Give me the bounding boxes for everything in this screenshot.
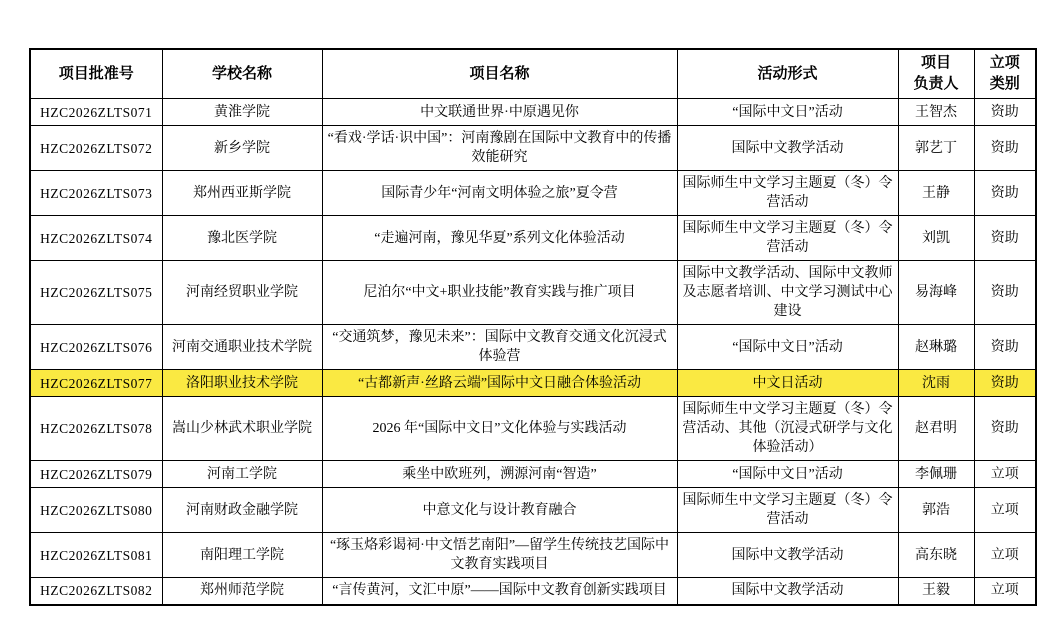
cell-id: HZC2026ZLTS073 — [30, 171, 162, 216]
cell-activity: 国际师生中文学习主题夏（冬）令营活动 — [677, 488, 898, 533]
cell-leader: 高东晓 — [898, 533, 974, 578]
table-row: HZC2026ZLTS082郑州师范学院“言传黄河，文汇中原”——国际中文教育创… — [30, 578, 1036, 605]
table-row: HZC2026ZLTS071黄淮学院中文联通世界·中原遇见你“国际中文日”活动王… — [30, 99, 1036, 126]
project-approval-table: 项目批准号学校名称项目名称活动形式项目 负责人立项 类别 HZC2026ZLTS… — [29, 48, 1037, 606]
cell-name: 2026 年“国际中文日”文化体验与实践活动 — [322, 397, 677, 461]
cell-name: “走遍河南，豫见华夏”系列文化体验活动 — [322, 216, 677, 261]
cell-id: HZC2026ZLTS076 — [30, 325, 162, 370]
cell-leader: 王智杰 — [898, 99, 974, 126]
cell-name: 尼泊尔“中文+职业技能”教育实践与推广项目 — [322, 261, 677, 325]
cell-category: 资助 — [974, 370, 1036, 397]
cell-leader: 刘凯 — [898, 216, 974, 261]
cell-activity: “国际中文日”活动 — [677, 461, 898, 488]
cell-leader: 李佩珊 — [898, 461, 974, 488]
cell-activity: 国际中文教学活动、国际中文教师及志愿者培训、中文学习测试中心建设 — [677, 261, 898, 325]
cell-school: 郑州西亚斯学院 — [162, 171, 322, 216]
cell-id: HZC2026ZLTS074 — [30, 216, 162, 261]
cell-category: 立项 — [974, 578, 1036, 605]
cell-school: 河南经贸职业学院 — [162, 261, 322, 325]
cell-category: 立项 — [974, 488, 1036, 533]
cell-leader: 郭浩 — [898, 488, 974, 533]
cell-name: 国际青少年“河南文明体验之旅”夏令营 — [322, 171, 677, 216]
cell-id: HZC2026ZLTS079 — [30, 461, 162, 488]
cell-school: 河南财政金融学院 — [162, 488, 322, 533]
cell-leader: 赵琳璐 — [898, 325, 974, 370]
cell-activity: 国际师生中文学习主题夏（冬）令营活动、其他（沉浸式研学与文化体验活动） — [677, 397, 898, 461]
cell-school: 南阳理工学院 — [162, 533, 322, 578]
cell-category: 资助 — [974, 171, 1036, 216]
table-row: HZC2026ZLTS073郑州西亚斯学院国际青少年“河南文明体验之旅”夏令营国… — [30, 171, 1036, 216]
column-header-category: 立项 类别 — [974, 49, 1036, 99]
cell-id: HZC2026ZLTS077 — [30, 370, 162, 397]
table-row: HZC2026ZLTS072新乡学院“看戏·学话·识中国”：河南豫剧在国际中文教… — [30, 126, 1036, 171]
column-header-activity: 活动形式 — [677, 49, 898, 99]
cell-id: HZC2026ZLTS071 — [30, 99, 162, 126]
cell-activity: “国际中文日”活动 — [677, 99, 898, 126]
cell-activity: 国际中文教学活动 — [677, 126, 898, 171]
cell-school: 洛阳职业技术学院 — [162, 370, 322, 397]
cell-name: 中文联通世界·中原遇见你 — [322, 99, 677, 126]
cell-leader: 沈雨 — [898, 370, 974, 397]
cell-leader: 王静 — [898, 171, 974, 216]
cell-id: HZC2026ZLTS075 — [30, 261, 162, 325]
cell-category: 立项 — [974, 533, 1036, 578]
cell-id: HZC2026ZLTS081 — [30, 533, 162, 578]
cell-activity: 国际中文教学活动 — [677, 533, 898, 578]
table-body: HZC2026ZLTS071黄淮学院中文联通世界·中原遇见你“国际中文日”活动王… — [30, 99, 1036, 605]
cell-name: “古都新声·丝路云端”国际中文日融合体验活动 — [322, 370, 677, 397]
cell-category: 资助 — [974, 99, 1036, 126]
cell-name: 乘坐中欧班列，溯源河南“智造” — [322, 461, 677, 488]
cell-activity: 中文日活动 — [677, 370, 898, 397]
cell-id: HZC2026ZLTS080 — [30, 488, 162, 533]
cell-name: “交通筑梦，豫见未来”：国际中文教育交通文化沉浸式体验营 — [322, 325, 677, 370]
cell-name: “言传黄河，文汇中原”——国际中文教育创新实践项目 — [322, 578, 677, 605]
table-header: 项目批准号学校名称项目名称活动形式项目 负责人立项 类别 — [30, 49, 1036, 99]
cell-category: 资助 — [974, 397, 1036, 461]
cell-school: 郑州师范学院 — [162, 578, 322, 605]
cell-school: 黄淮学院 — [162, 99, 322, 126]
cell-name: “琢玉烙彩谒祠·中文悟艺南阳”—留学生传统技艺国际中文教育实践项目 — [322, 533, 677, 578]
cell-name: 中意文化与设计教育融合 — [322, 488, 677, 533]
cell-leader: 赵君明 — [898, 397, 974, 461]
cell-category: 资助 — [974, 261, 1036, 325]
cell-activity: 国际中文教学活动 — [677, 578, 898, 605]
cell-activity: 国际师生中文学习主题夏（冬）令营活动 — [677, 171, 898, 216]
cell-category: 资助 — [974, 325, 1036, 370]
table-row: HZC2026ZLTS078嵩山少林武术职业学院2026 年“国际中文日”文化体… — [30, 397, 1036, 461]
cell-id: HZC2026ZLTS078 — [30, 397, 162, 461]
cell-school: 嵩山少林武术职业学院 — [162, 397, 322, 461]
cell-category: 资助 — [974, 126, 1036, 171]
cell-leader: 王毅 — [898, 578, 974, 605]
cell-category: 立项 — [974, 461, 1036, 488]
table-row: HZC2026ZLTS076河南交通职业技术学院“交通筑梦，豫见未来”：国际中文… — [30, 325, 1036, 370]
table-row: HZC2026ZLTS079河南工学院乘坐中欧班列，溯源河南“智造”“国际中文日… — [30, 461, 1036, 488]
table-row: HZC2026ZLTS075河南经贸职业学院尼泊尔“中文+职业技能”教育实践与推… — [30, 261, 1036, 325]
cell-name: “看戏·学话·识中国”：河南豫剧在国际中文教育中的传播效能研究 — [322, 126, 677, 171]
cell-activity: 国际师生中文学习主题夏（冬）令营活动 — [677, 216, 898, 261]
table-row: HZC2026ZLTS080河南财政金融学院中意文化与设计教育融合国际师生中文学… — [30, 488, 1036, 533]
cell-leader: 易海峰 — [898, 261, 974, 325]
cell-activity: “国际中文日”活动 — [677, 325, 898, 370]
column-header-leader: 项目 负责人 — [898, 49, 974, 99]
document-page: 项目批准号学校名称项目名称活动形式项目 负责人立项 类别 HZC2026ZLTS… — [0, 0, 1060, 631]
cell-leader: 郭艺丁 — [898, 126, 974, 171]
column-header-school: 学校名称 — [162, 49, 322, 99]
header-row: 项目批准号学校名称项目名称活动形式项目 负责人立项 类别 — [30, 49, 1036, 99]
cell-school: 河南交通职业技术学院 — [162, 325, 322, 370]
column-header-name: 项目名称 — [322, 49, 677, 99]
cell-school: 豫北医学院 — [162, 216, 322, 261]
table-row: HZC2026ZLTS081南阳理工学院“琢玉烙彩谒祠·中文悟艺南阳”—留学生传… — [30, 533, 1036, 578]
cell-id: HZC2026ZLTS072 — [30, 126, 162, 171]
cell-school: 新乡学院 — [162, 126, 322, 171]
table-row-highlighted: HZC2026ZLTS077洛阳职业技术学院“古都新声·丝路云端”国际中文日融合… — [30, 370, 1036, 397]
column-header-id: 项目批准号 — [30, 49, 162, 99]
cell-category: 资助 — [974, 216, 1036, 261]
cell-school: 河南工学院 — [162, 461, 322, 488]
cell-id: HZC2026ZLTS082 — [30, 578, 162, 605]
table-row: HZC2026ZLTS074豫北医学院“走遍河南，豫见华夏”系列文化体验活动国际… — [30, 216, 1036, 261]
